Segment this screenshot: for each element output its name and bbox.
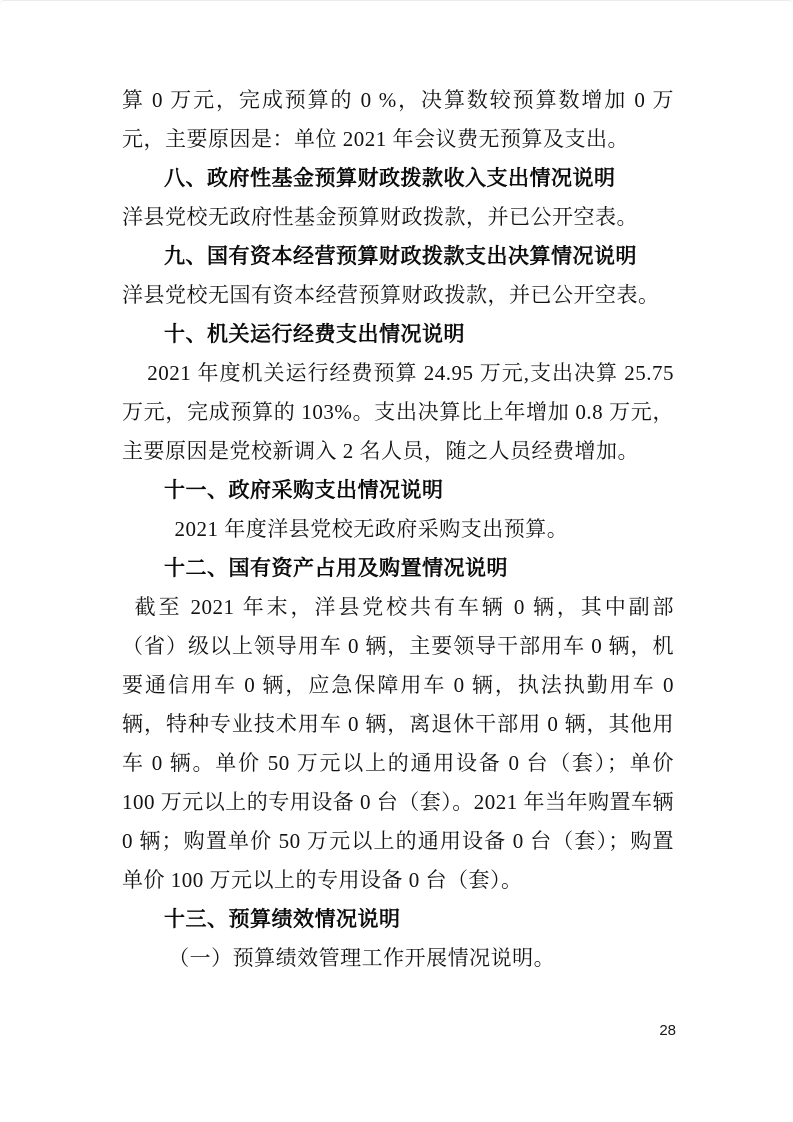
section-heading: 八、政府性基金预算财政拨款收入支出情况说明 — [122, 159, 674, 198]
paragraph: 洋县党校无国有资本经营预算财政拨款，并已公开空表。 — [122, 276, 674, 315]
page-number: 28 — [659, 1022, 676, 1040]
paragraph: 截至 2021 年末，洋县党校共有车辆 0 辆，其中副部（省）级以上领导用车 0… — [122, 588, 674, 900]
paragraph: 洋县党校无政府性基金预算财政拨款，并已公开空表。 — [122, 198, 674, 237]
document-body: 算 0 万元，完成预算的 0 %，决算数较预算数增加 0 万元，主要原因是：单位… — [122, 81, 674, 978]
paragraph: 算 0 万元，完成预算的 0 %，决算数较预算数增加 0 万元，主要原因是：单位… — [122, 81, 674, 159]
paragraph: 2021 年度洋县党校无政府采购支出预算。 — [122, 510, 674, 549]
section-heading: 十一、政府采购支出情况说明 — [122, 471, 674, 510]
paragraph: 2021 年度机关运行经费预算 24.95 万元,支出决算 25.75 万元，完… — [122, 354, 674, 471]
section-heading: 十三、预算绩效情况说明 — [122, 900, 674, 939]
section-heading: 十、机关运行经费支出情况说明 — [122, 315, 674, 354]
section-heading: 十二、国有资产占用及购置情况说明 — [122, 549, 674, 588]
section-heading: 九、国有资本经营预算财政拨款支出决算情况说明 — [122, 237, 674, 276]
paragraph: （一）预算绩效管理工作开展情况说明。 — [122, 939, 674, 978]
document-page: 算 0 万元，完成预算的 0 %，决算数较预算数增加 0 万元，主要原因是：单位… — [0, 0, 793, 1122]
